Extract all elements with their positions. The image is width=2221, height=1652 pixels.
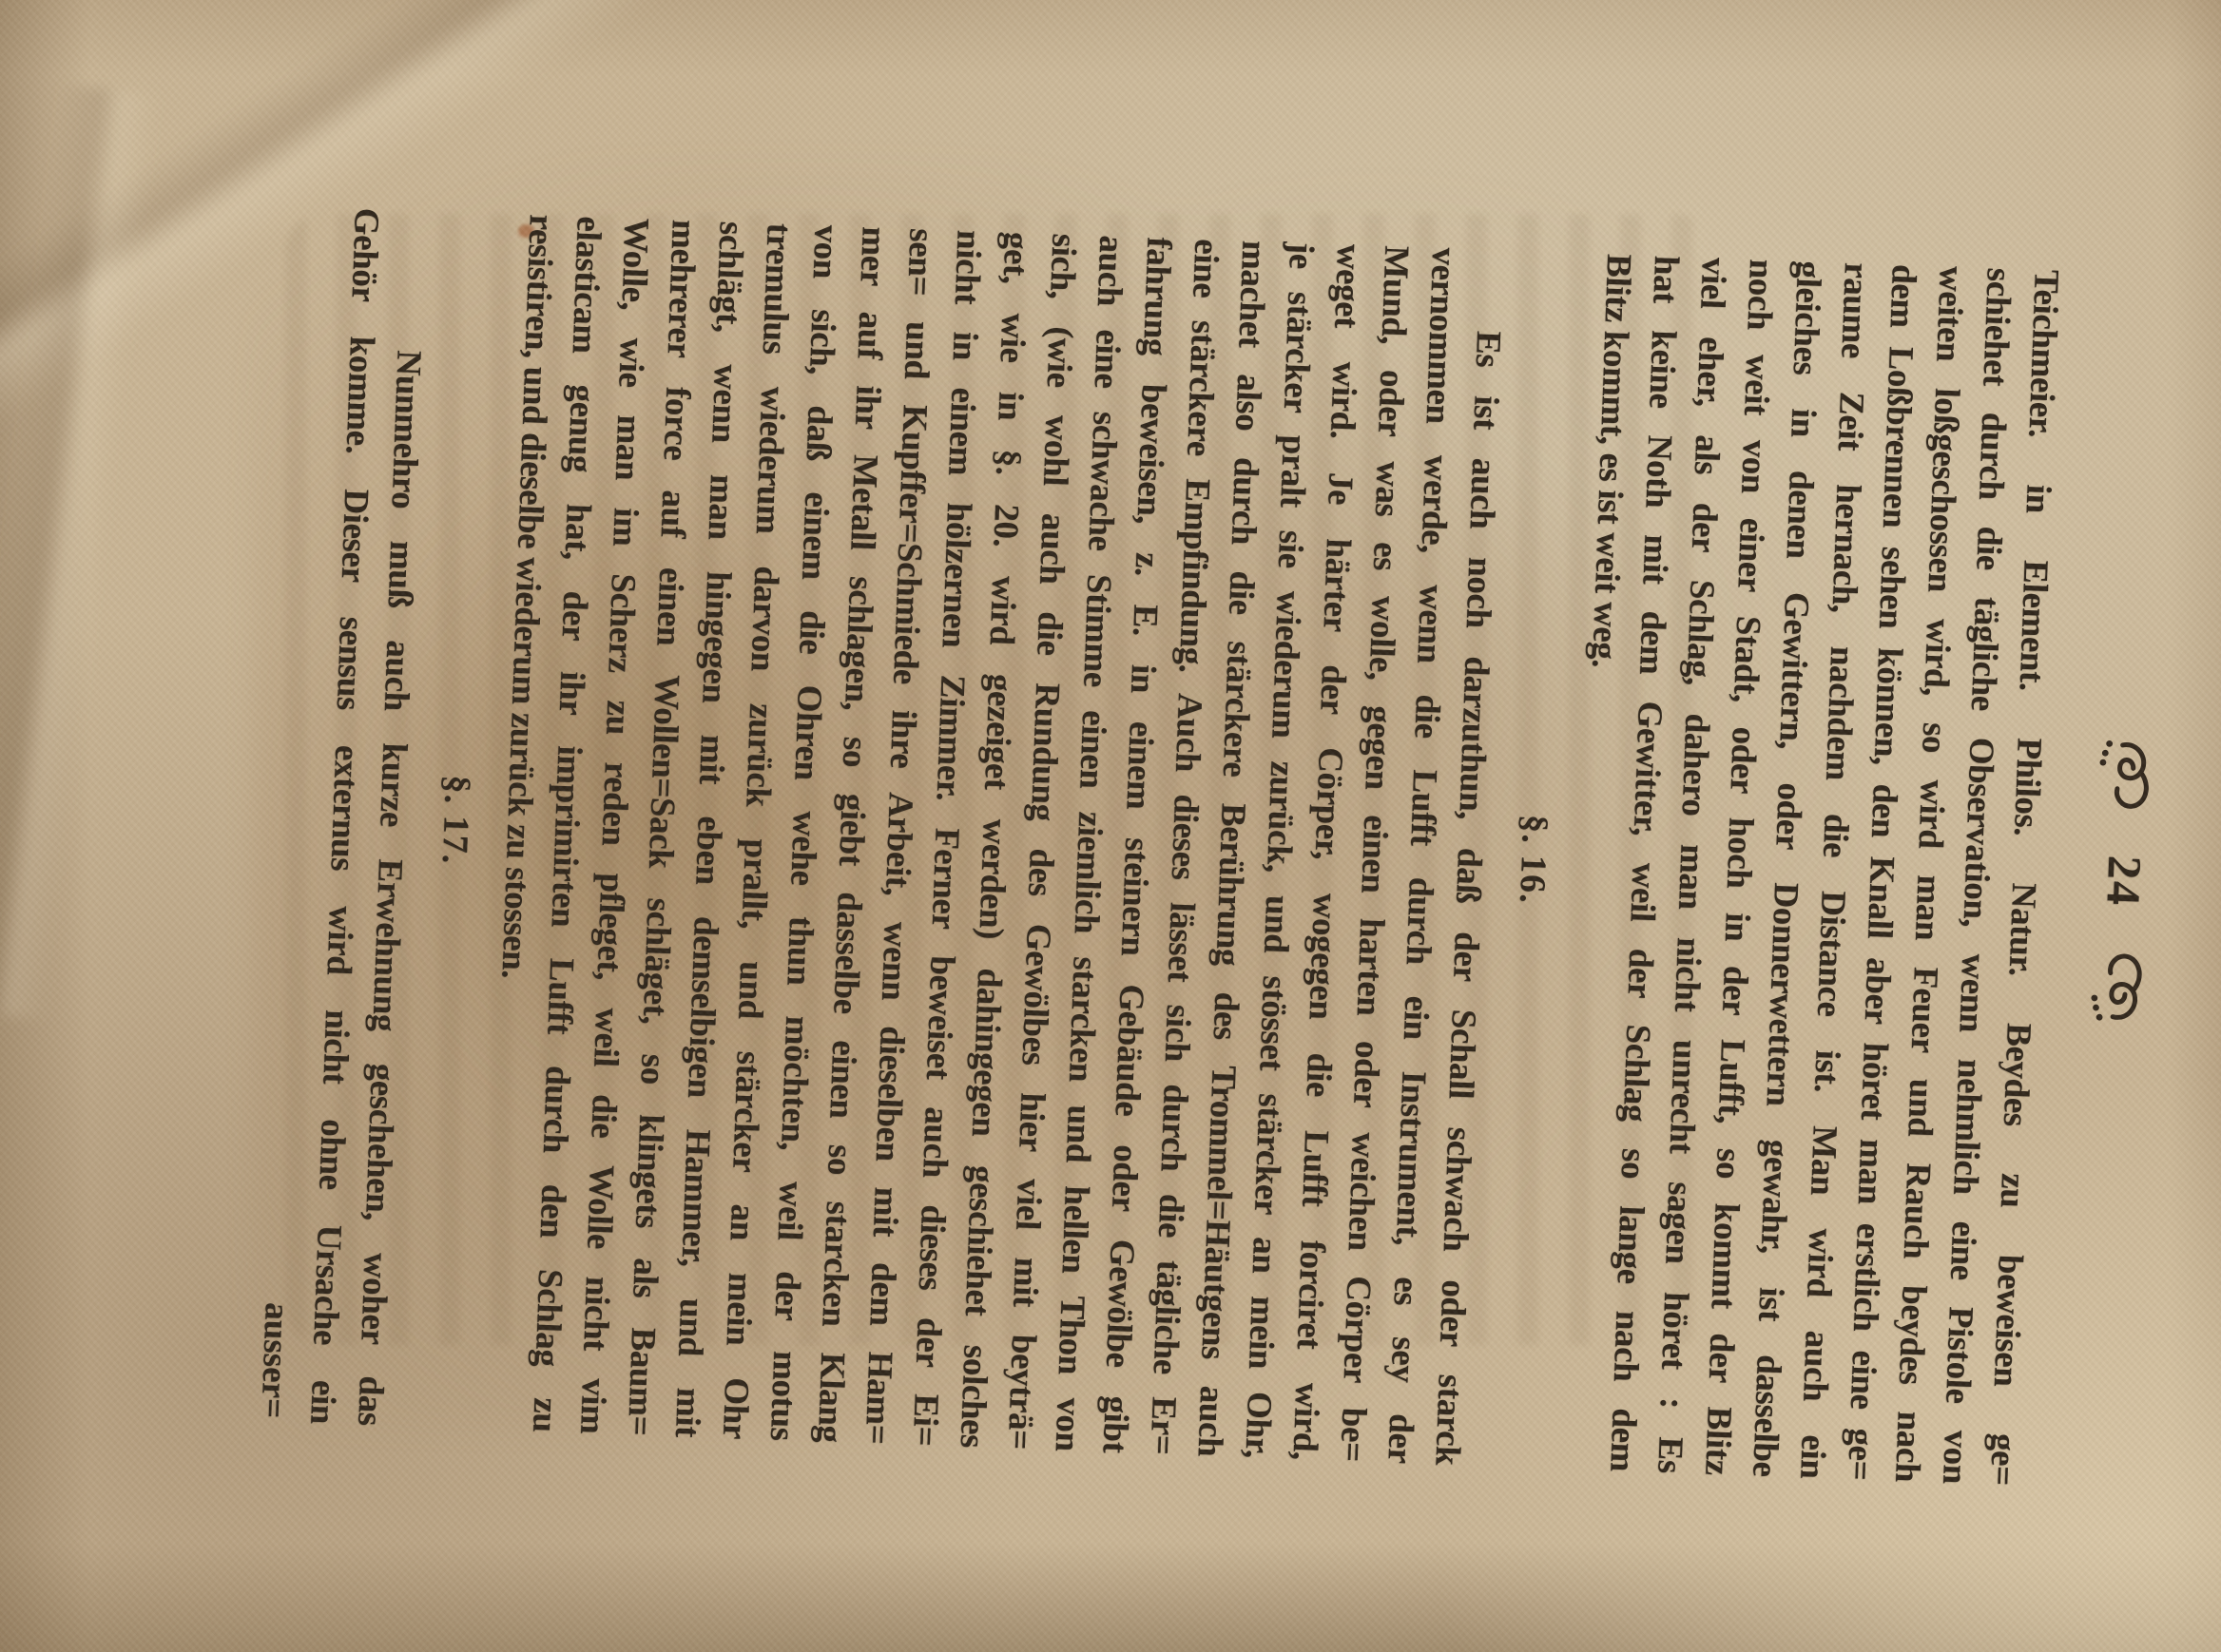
page-number: 24 <box>2095 855 2153 908</box>
scanned-page: 24 Teichmeier. in Element. Philos. Natur… <box>0 0 2221 1652</box>
paragraph-continuation: Teichmeier. in Element. Philos. Natur. B… <box>1550 253 2070 1486</box>
page-header: 24 <box>2061 272 2188 1490</box>
section-16-paragraph: Es ist auch noch darzuthun, daß der Scha… <box>473 214 1515 1467</box>
floral-ornament-icon <box>2088 946 2153 1028</box>
section-17-paragraph: Nunmehro muß auch kurze Erwehnung gesche… <box>248 205 437 1427</box>
rotated-page-content: 24 Teichmeier. in Element. Philos. Natur… <box>0 0 2221 1652</box>
floral-ornament-icon <box>2095 735 2161 816</box>
